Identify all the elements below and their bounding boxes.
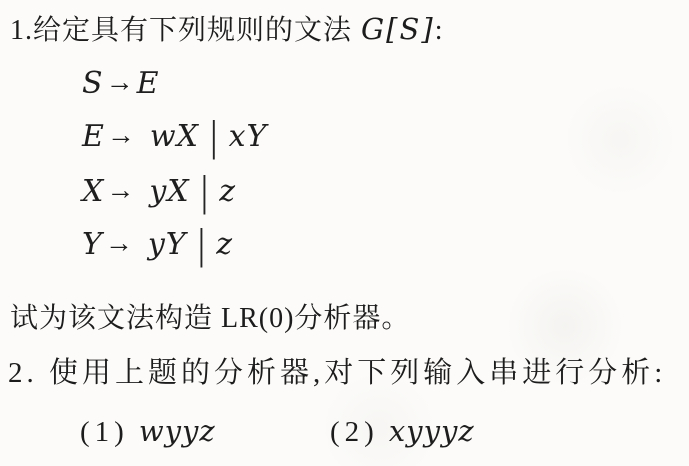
input-string: wyyz	[139, 414, 216, 448]
alternative: E	[137, 66, 160, 101]
input-string: xyyyz	[389, 414, 475, 448]
input-string-item-2: (2) xyyyz	[330, 414, 475, 449]
problem1-heading: 1.给定具有下列规则的文法G[S]:	[10, 8, 443, 48]
production-rule-x: X → yX | z	[82, 172, 236, 210]
problem1-intro-text: 1.给定具有下列规则的文法	[10, 15, 352, 46]
input-string-item-1: (1) wyyz	[80, 414, 216, 449]
production-rule-s: S → E	[82, 64, 159, 102]
alternative-divider: |	[210, 114, 218, 158]
arrow-symbol: →	[105, 228, 133, 260]
problem1-task-text: 试为该文法构造 LR(0)分析器。	[10, 296, 410, 336]
nonterminal-lhs: X	[82, 174, 103, 209]
nonterminal-lhs: S	[82, 66, 103, 101]
arrow-symbol: →	[106, 175, 134, 207]
nonterminal-lhs: Y	[82, 227, 102, 262]
nonterminal-lhs: E	[82, 119, 104, 154]
item-label: (2)	[330, 416, 379, 449]
item-label: (1)	[80, 416, 129, 449]
grammar-name: G[S]	[361, 12, 435, 46]
alternative: yY	[148, 227, 187, 262]
production-rule-y: Y → yY | z	[82, 225, 233, 263]
alternative: yX	[149, 174, 189, 209]
problem1-colon: :	[435, 15, 444, 46]
alternative: wX	[150, 119, 199, 154]
alternative-divider: |	[201, 169, 209, 213]
alternative: xY	[229, 119, 268, 154]
production-rule-e: E → wX | xY	[82, 117, 267, 155]
alternative-divider: |	[198, 222, 206, 266]
alternative: z	[216, 227, 233, 262]
alternative: z	[219, 174, 236, 209]
document-page: { "page": { "background_color": "#fcfbf9…	[0, 0, 689, 466]
arrow-symbol: →	[107, 120, 135, 152]
problem2-heading: 2. 使用上题的分析器,对下列输入串进行分析:	[8, 350, 666, 391]
arrow-symbol: →	[106, 67, 134, 99]
